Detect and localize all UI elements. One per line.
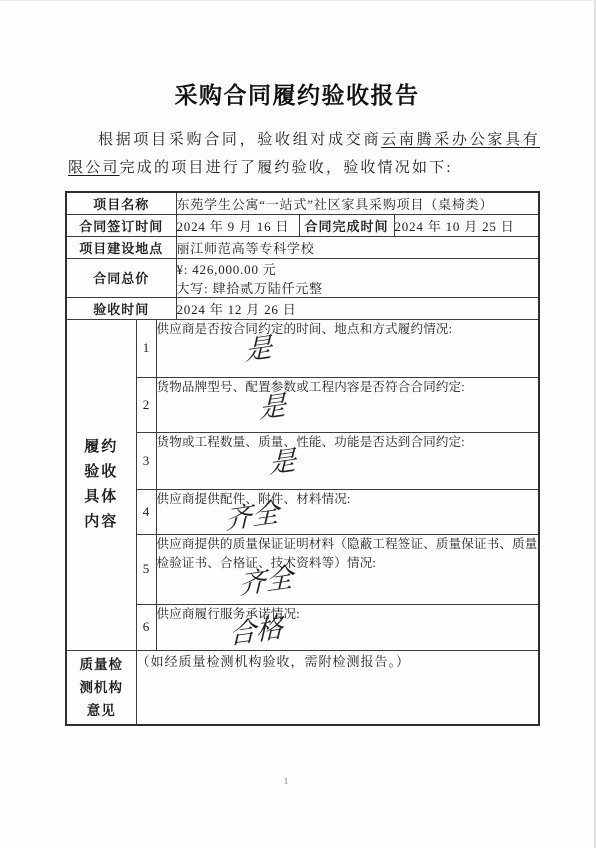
handwritten-answer: 合格 xyxy=(229,614,282,649)
project-name-value: 东苑学生公寓“一站式”社区家具采购项目（桌椅类） xyxy=(176,192,539,214)
item-number: 4 xyxy=(136,489,156,534)
item-number: 2 xyxy=(136,377,156,432)
row-total-price: 合同总价 ¥: 426,000.00 元 大写: 肆拾贰万陆仟元整 xyxy=(66,258,539,297)
total-price-amount: ¥: 426,000.00 元 xyxy=(177,259,539,278)
intro-prefix: 根据项目采购合同，验收组对成交商 xyxy=(98,132,381,148)
row-build-location: 项目建设地点 丽江师范高等专科学校 xyxy=(66,236,539,258)
page-number: 1 xyxy=(0,776,572,786)
build-location-value: 丽江师范高等专科学校 xyxy=(176,236,539,258)
item-question: 供应商提供的质量保证证明材料（隐蔽工程签证、质量保证书、质量检验证书、合格证、技… xyxy=(157,535,539,573)
intro-paragraph: 根据项目采购合同，验收组对成交商云南腾采办公家具有限公司完成的项目进行了履约验收… xyxy=(68,126,540,182)
performance-row-4: 4 供应商提供配件、附件、材料情况: 齐全 xyxy=(66,489,539,534)
row-quality-inspection: 质量检测机构意见 （如经质量检测机构验收，需附检测报告。） xyxy=(66,650,539,725)
acceptance-time-value: 2024 年 12 月 26 日 xyxy=(176,297,539,319)
handwritten-answer: 是 xyxy=(245,333,272,364)
handwritten-answer: 齐全 xyxy=(225,499,278,534)
performance-row-3: 3 货物或工程数量、质量、性能、功能是否达到合同约定: 是 xyxy=(66,432,539,489)
build-location-label: 项目建设地点 xyxy=(66,236,176,258)
performance-row-6: 6 供应商履行服务承诺情况: 合格 xyxy=(66,604,539,650)
total-price-label: 合同总价 xyxy=(66,258,176,297)
total-price-amount-words: 大写: 肆拾贰万陆仟元整 xyxy=(177,278,539,297)
project-name-label: 项目名称 xyxy=(66,192,176,214)
intro-suffix: 完成的项目进行了履约验收，验收情况如下: xyxy=(120,160,453,176)
handwritten-answer: 是 xyxy=(269,446,296,477)
total-price-value: ¥: 426,000.00 元 大写: 肆拾贰万陆仟元整 xyxy=(176,258,539,297)
performance-row-5: 5 供应商提供的质量保证证明材料（隐蔽工程签证、质量保证书、质量检验证书、合格证… xyxy=(66,534,539,604)
contract-completed-label: 合同完成时间 xyxy=(299,214,394,236)
contract-signed-label: 合同签订时间 xyxy=(66,214,176,236)
item-question: 供应商提供配件、附件、材料情况: xyxy=(157,490,539,509)
document-page: 采购合同履约验收报告 根据项目采购合同，验收组对成交商云南腾采办公家具有限公司完… xyxy=(0,0,596,848)
row-project-name: 项目名称 东苑学生公寓“一站式”社区家具采购项目（桌椅类） xyxy=(66,192,539,214)
item-number: 5 xyxy=(136,534,156,604)
item-question: 货物品牌型号、配置参数或工程内容是否符合合同约定: xyxy=(157,378,539,397)
performance-section-header: 履约验收具体内容 xyxy=(66,319,136,650)
page-title: 采购合同履约验收报告 xyxy=(0,1,594,110)
acceptance-time-label: 验收时间 xyxy=(66,297,176,319)
item-question: 供应商是否按合同约定的时间、地点和方式履约情况: xyxy=(157,320,539,339)
handwritten-answer: 齐全 xyxy=(239,564,292,599)
item-question: 货物或工程数量、质量、性能、功能是否达到合同约定: xyxy=(157,433,539,452)
row-contract-dates: 合同签订时间 2024 年 9 月 16 日 合同完成时间 2024 年 10 … xyxy=(66,214,539,236)
item-number: 1 xyxy=(136,319,156,377)
quality-inspection-label: 质量检测机构意见 xyxy=(66,650,136,725)
performance-row-1: 履约验收具体内容 1 供应商是否按合同约定的时间、地点和方式履约情况: 是 xyxy=(66,319,539,377)
row-acceptance-time: 验收时间 2024 年 12 月 26 日 xyxy=(66,297,539,319)
handwritten-answer: 是 xyxy=(259,391,286,422)
contract-completed-value: 2024 年 10 月 25 日 xyxy=(394,214,539,236)
quality-inspection-note: （如经质量检测机构验收，需附检测报告。） xyxy=(136,650,539,725)
item-question: 供应商履行服务承诺情况: xyxy=(157,605,539,624)
item-number: 6 xyxy=(136,604,156,650)
acceptance-table: 项目名称 东苑学生公寓“一站式”社区家具采购项目（桌椅类） 合同签订时间 202… xyxy=(65,191,540,726)
contract-signed-value: 2024 年 9 月 16 日 xyxy=(176,214,299,236)
performance-row-2: 2 货物品牌型号、配置参数或工程内容是否符合合同约定: 是 xyxy=(66,377,539,432)
item-number: 3 xyxy=(136,432,156,489)
